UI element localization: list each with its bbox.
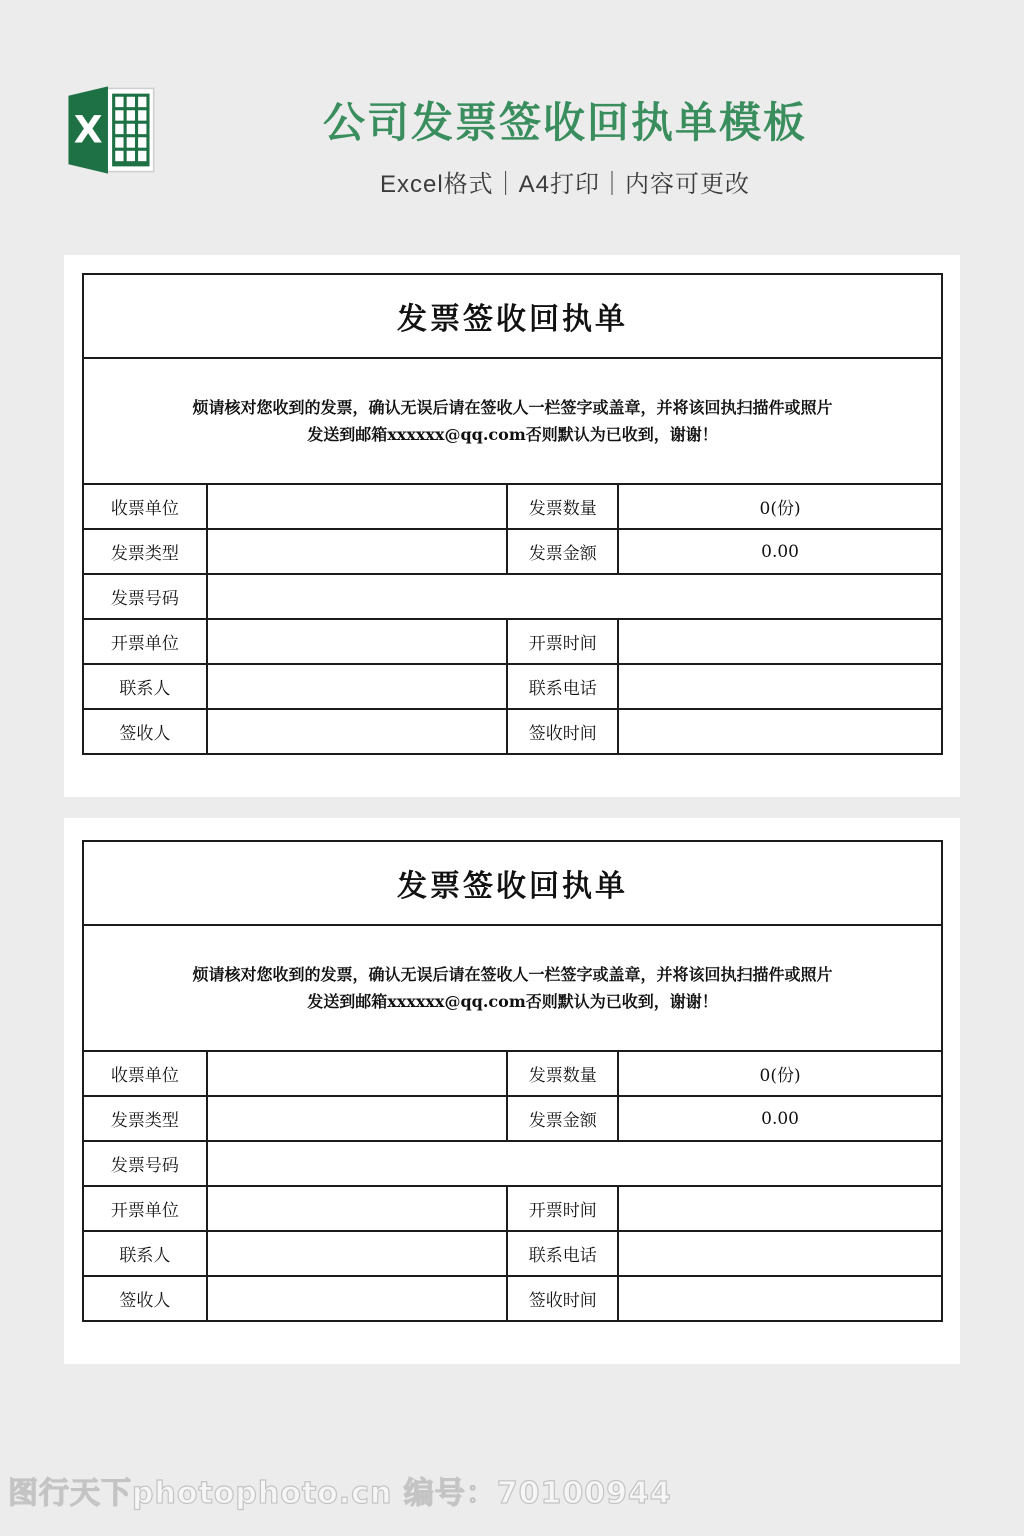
row-label: 收票单位 bbox=[83, 1051, 207, 1096]
row-value: 0(份) bbox=[618, 1051, 942, 1096]
receipt-note-line1: 烦请核对您收到的发票，确认无误后请在签收人一栏签字或盖章，并将该回执扫描件或照片 bbox=[192, 398, 832, 417]
table-row: 收票单位 发票数量 0(份) bbox=[83, 1051, 942, 1096]
row-value bbox=[618, 664, 942, 709]
row-value bbox=[618, 1186, 942, 1231]
table-row: 发票类型 发票金额 0.00 bbox=[83, 1096, 942, 1141]
row-value bbox=[207, 484, 508, 529]
receipt-note: 烦请核对您收到的发票，确认无误后请在签收人一栏签字或盖章，并将该回执扫描件或照片… bbox=[83, 358, 942, 484]
row-value bbox=[207, 709, 508, 754]
row-value bbox=[207, 529, 508, 574]
row-value bbox=[618, 619, 942, 664]
table-row: 联系人 联系电话 bbox=[83, 664, 942, 709]
receipt-title: 发票签收回执单 bbox=[83, 841, 942, 925]
row-value: 0.00 bbox=[618, 529, 942, 574]
row-label: 开票单位 bbox=[83, 1186, 207, 1231]
row-value bbox=[207, 1231, 508, 1276]
row-label: 签收时间 bbox=[507, 709, 618, 754]
receipt-note: 烦请核对您收到的发票，确认无误后请在签收人一栏签字或盖章，并将该回执扫描件或照片… bbox=[83, 925, 942, 1051]
row-label: 收票单位 bbox=[83, 484, 207, 529]
table-row: 联系人 联系电话 bbox=[83, 1231, 942, 1276]
table-row: 收票单位 发票数量 0(份) bbox=[83, 484, 942, 529]
row-label: 联系人 bbox=[83, 664, 207, 709]
row-label: 开票时间 bbox=[507, 619, 618, 664]
table-row: 签收人 签收时间 bbox=[83, 1276, 942, 1321]
row-label: 发票号码 bbox=[83, 1141, 207, 1186]
table-row: 发票号码 bbox=[83, 1141, 942, 1186]
row-value bbox=[618, 709, 942, 754]
row-label: 发票类型 bbox=[83, 1096, 207, 1141]
receipt-note-line1: 烦请核对您收到的发票，确认无误后请在签收人一栏签字或盖章，并将该回执扫描件或照片 bbox=[192, 965, 832, 984]
row-label: 签收人 bbox=[83, 1276, 207, 1321]
receipt-table: 发票签收回执单 烦请核对您收到的发票，确认无误后请在签收人一栏签字或盖章，并将该… bbox=[82, 840, 943, 1322]
table-row: 签收人 签收时间 bbox=[83, 709, 942, 754]
row-label: 签收时间 bbox=[507, 1276, 618, 1321]
row-value bbox=[207, 619, 508, 664]
row-label: 发票金额 bbox=[507, 529, 618, 574]
table-row: 发票号码 bbox=[83, 574, 942, 619]
page-subtitle: Excel格式｜A4打印｜内容可更改 bbox=[0, 164, 1024, 199]
row-label: 联系电话 bbox=[507, 1231, 618, 1276]
row-label: 开票时间 bbox=[507, 1186, 618, 1231]
receipt-table: 发票签收回执单 烦请核对您收到的发票，确认无误后请在签收人一栏签字或盖章，并将该… bbox=[82, 273, 943, 755]
row-label: 联系电话 bbox=[507, 664, 618, 709]
receipt-card-1: 发票签收回执单 烦请核对您收到的发票，确认无误后请在签收人一栏签字或盖章，并将该… bbox=[64, 255, 960, 797]
receipt-note-line2: 发送到邮箱xxxxxx@qq.com否则默认为已收到，谢谢！ bbox=[307, 992, 718, 1011]
row-label: 开票单位 bbox=[83, 619, 207, 664]
row-label: 发票金额 bbox=[507, 1096, 618, 1141]
row-value bbox=[207, 1186, 508, 1231]
row-value: 0.00 bbox=[618, 1096, 942, 1141]
row-label: 签收人 bbox=[83, 709, 207, 754]
row-value bbox=[618, 1231, 942, 1276]
row-value: 0(份) bbox=[618, 484, 942, 529]
page-title: 公司发票签收回执单模板 bbox=[0, 90, 1024, 150]
row-value bbox=[618, 1276, 942, 1321]
row-label: 发票数量 bbox=[507, 484, 618, 529]
table-row: 开票单位 开票时间 bbox=[83, 619, 942, 664]
row-label: 发票数量 bbox=[507, 1051, 618, 1096]
table-row: 开票单位 开票时间 bbox=[83, 1186, 942, 1231]
receipt-title: 发票签收回执单 bbox=[83, 274, 942, 358]
watermark-text: 图行天下photophoto.cn 编号：70100944 bbox=[8, 1468, 672, 1512]
row-label: 发票号码 bbox=[83, 574, 207, 619]
row-label: 联系人 bbox=[83, 1231, 207, 1276]
row-value bbox=[207, 1051, 508, 1096]
row-label: 发票类型 bbox=[83, 529, 207, 574]
row-value bbox=[207, 1276, 508, 1321]
receipt-card-2: 发票签收回执单 烦请核对您收到的发票，确认无误后请在签收人一栏签字或盖章，并将该… bbox=[64, 818, 960, 1364]
table-row: 发票类型 发票金额 0.00 bbox=[83, 529, 942, 574]
row-value bbox=[207, 1096, 508, 1141]
row-value bbox=[207, 574, 942, 619]
row-value bbox=[207, 664, 508, 709]
row-value bbox=[207, 1141, 942, 1186]
receipt-note-line2: 发送到邮箱xxxxxx@qq.com否则默认为已收到，谢谢！ bbox=[307, 425, 718, 444]
